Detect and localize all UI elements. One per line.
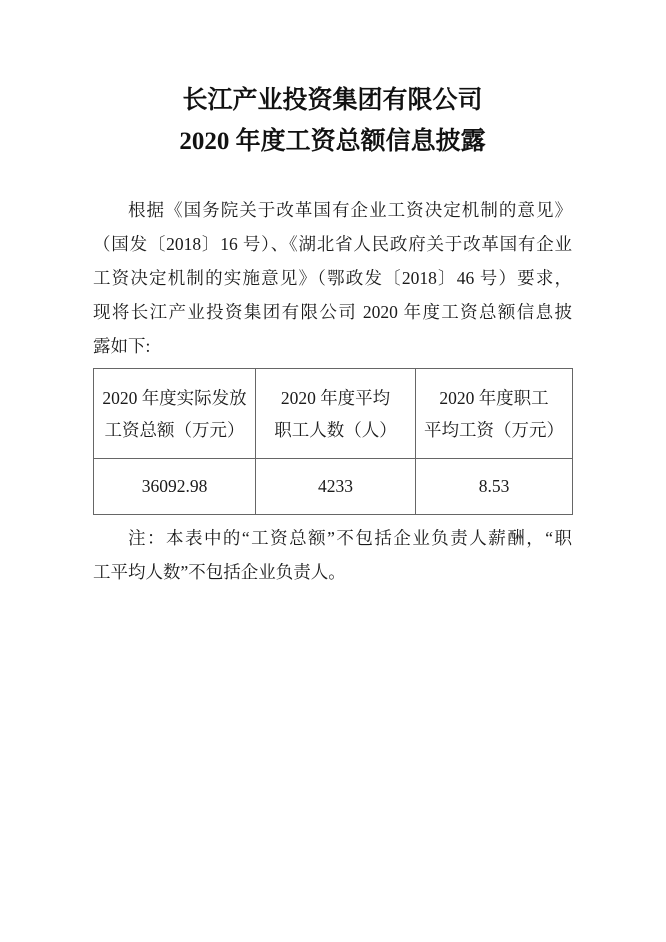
note-line: 工平均人数”不包括企业负责人。 [93,555,572,589]
header-cell-avg-headcount: 2020 年度平均 职工人数（人） [256,369,416,459]
paragraph-line: 根据《国务院关于改革国有企业工资决定机制的意见》 [93,193,572,227]
intro-paragraph: 根据《国务院关于改革国有企业工资决定机制的意见》 （国发〔2018〕16 号）、… [93,193,572,363]
paragraph-line: 露如下: [93,329,572,363]
header-cell-total-wages: 2020 年度实际发放 工资总额（万元） [94,369,256,459]
title-line-company: 长江产业投资集团有限公司 [93,80,572,121]
header-text-line: 2020 年度实际发放 [94,382,255,414]
paragraph-line: （国发〔2018〕16 号）、《湖北省人民政府关于改革国有企业 [93,227,572,261]
table-header-row: 2020 年度实际发放 工资总额（万元） 2020 年度平均 职工人数（人） 2… [94,369,573,459]
wage-disclosure-table: 2020 年度实际发放 工资总额（万元） 2020 年度平均 职工人数（人） 2… [93,368,573,515]
paragraph-line: 工资决定机制的实施意见》（鄂政发〔2018〕46 号）要求， [93,261,572,295]
header-text-line: 工资总额（万元） [94,414,255,446]
note-paragraph: 注：本表中的“工资总额”不包括企业负责人薪酬，“职 工平均人数”不包括企业负责人… [93,521,572,589]
document-title: 长江产业投资集团有限公司 2020 年度工资总额信息披露 [93,80,572,162]
header-cell-avg-wage: 2020 年度职工 平均工资（万元） [416,369,573,459]
document-page: 长江产业投资集团有限公司 2020 年度工资总额信息披露 根据《国务院关于改革国… [0,0,666,942]
paragraph-line: 现将长江产业投资集团有限公司 2020 年度工资总额信息披 [93,295,572,329]
value-avg-wage: 8.53 [416,459,573,515]
header-text-line: 2020 年度职工 [416,382,572,414]
value-total-wages: 36092.98 [94,459,256,515]
header-text-line: 平均工资（万元） [416,414,572,446]
note-line: 注：本表中的“工资总额”不包括企业负责人薪酬，“职 [93,521,572,555]
value-avg-headcount: 4233 [256,459,416,515]
header-text-line: 职工人数（人） [256,414,415,446]
title-line-subject: 2020 年度工资总额信息披露 [93,121,572,162]
table-data-row: 36092.98 4233 8.53 [94,459,573,515]
header-text-line: 2020 年度平均 [256,382,415,414]
